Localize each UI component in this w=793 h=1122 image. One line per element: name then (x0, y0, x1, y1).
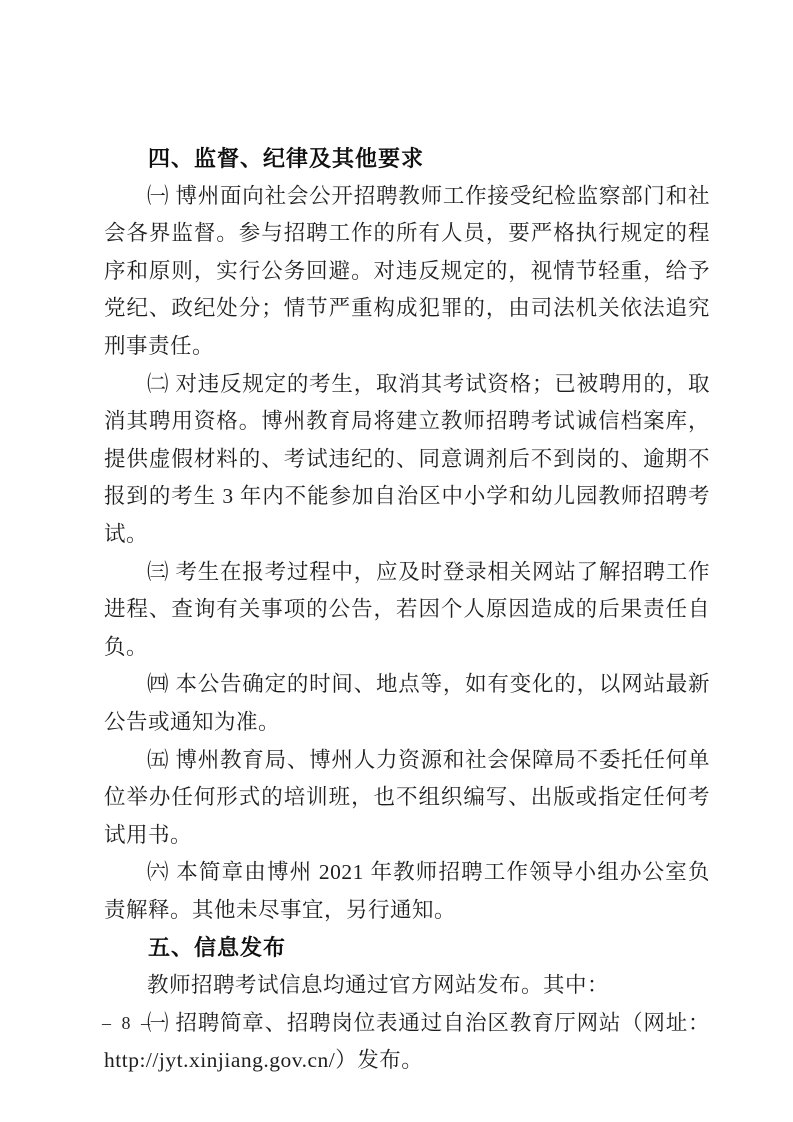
section-heading-information-release: 五、信息发布 (104, 929, 710, 967)
paragraph-information-item-1: ㈠ 招聘简章、招聘岗位表通过自治区教育厅网站（网址：http://jyt.xin… (104, 1005, 710, 1080)
page-number: – 8 – (102, 1010, 153, 1036)
section-heading-supervision: 四、监督、纪律及其他要求 (104, 140, 710, 178)
paragraph-information-intro: 教师招聘考试信息均通过官方网站发布。其中： (104, 967, 710, 1005)
paragraph-supervision-item-2: ㈡ 对违反规定的考生，取消其考试资格；已被聘用的，取消其聘用资格。博州教育局将建… (104, 366, 710, 554)
document-page: 四、监督、纪律及其他要求 ㈠ 博州面向社会公开招聘教师工作接受纪检监察部门和社会… (0, 0, 793, 1122)
paragraph-supervision-item-5: ㈤ 博州教育局、博州人力资源和社会保障局不委托任何单位举办任何形式的培训班，也不… (104, 742, 710, 855)
paragraph-supervision-item-4: ㈣ 本公告确定的时间、地点等，如有变化的，以网站最新公告或通知为准。 (104, 666, 710, 741)
document-body: 四、监督、纪律及其他要求 ㈠ 博州面向社会公开招聘教师工作接受纪检监察部门和社会… (104, 140, 710, 1080)
paragraph-supervision-item-1: ㈠ 博州面向社会公开招聘教师工作接受纪检监察部门和社会各界监督。参与招聘工作的所… (104, 178, 710, 366)
paragraph-supervision-item-3: ㈢ 考生在报考过程中，应及时登录相关网站了解招聘工作进程、查询有关事项的公告，若… (104, 554, 710, 667)
paragraph-supervision-item-6: ㈥ 本简章由博州 2021 年教师招聘工作领导小组办公室负责解释。其他未尽事宜，… (104, 854, 710, 929)
